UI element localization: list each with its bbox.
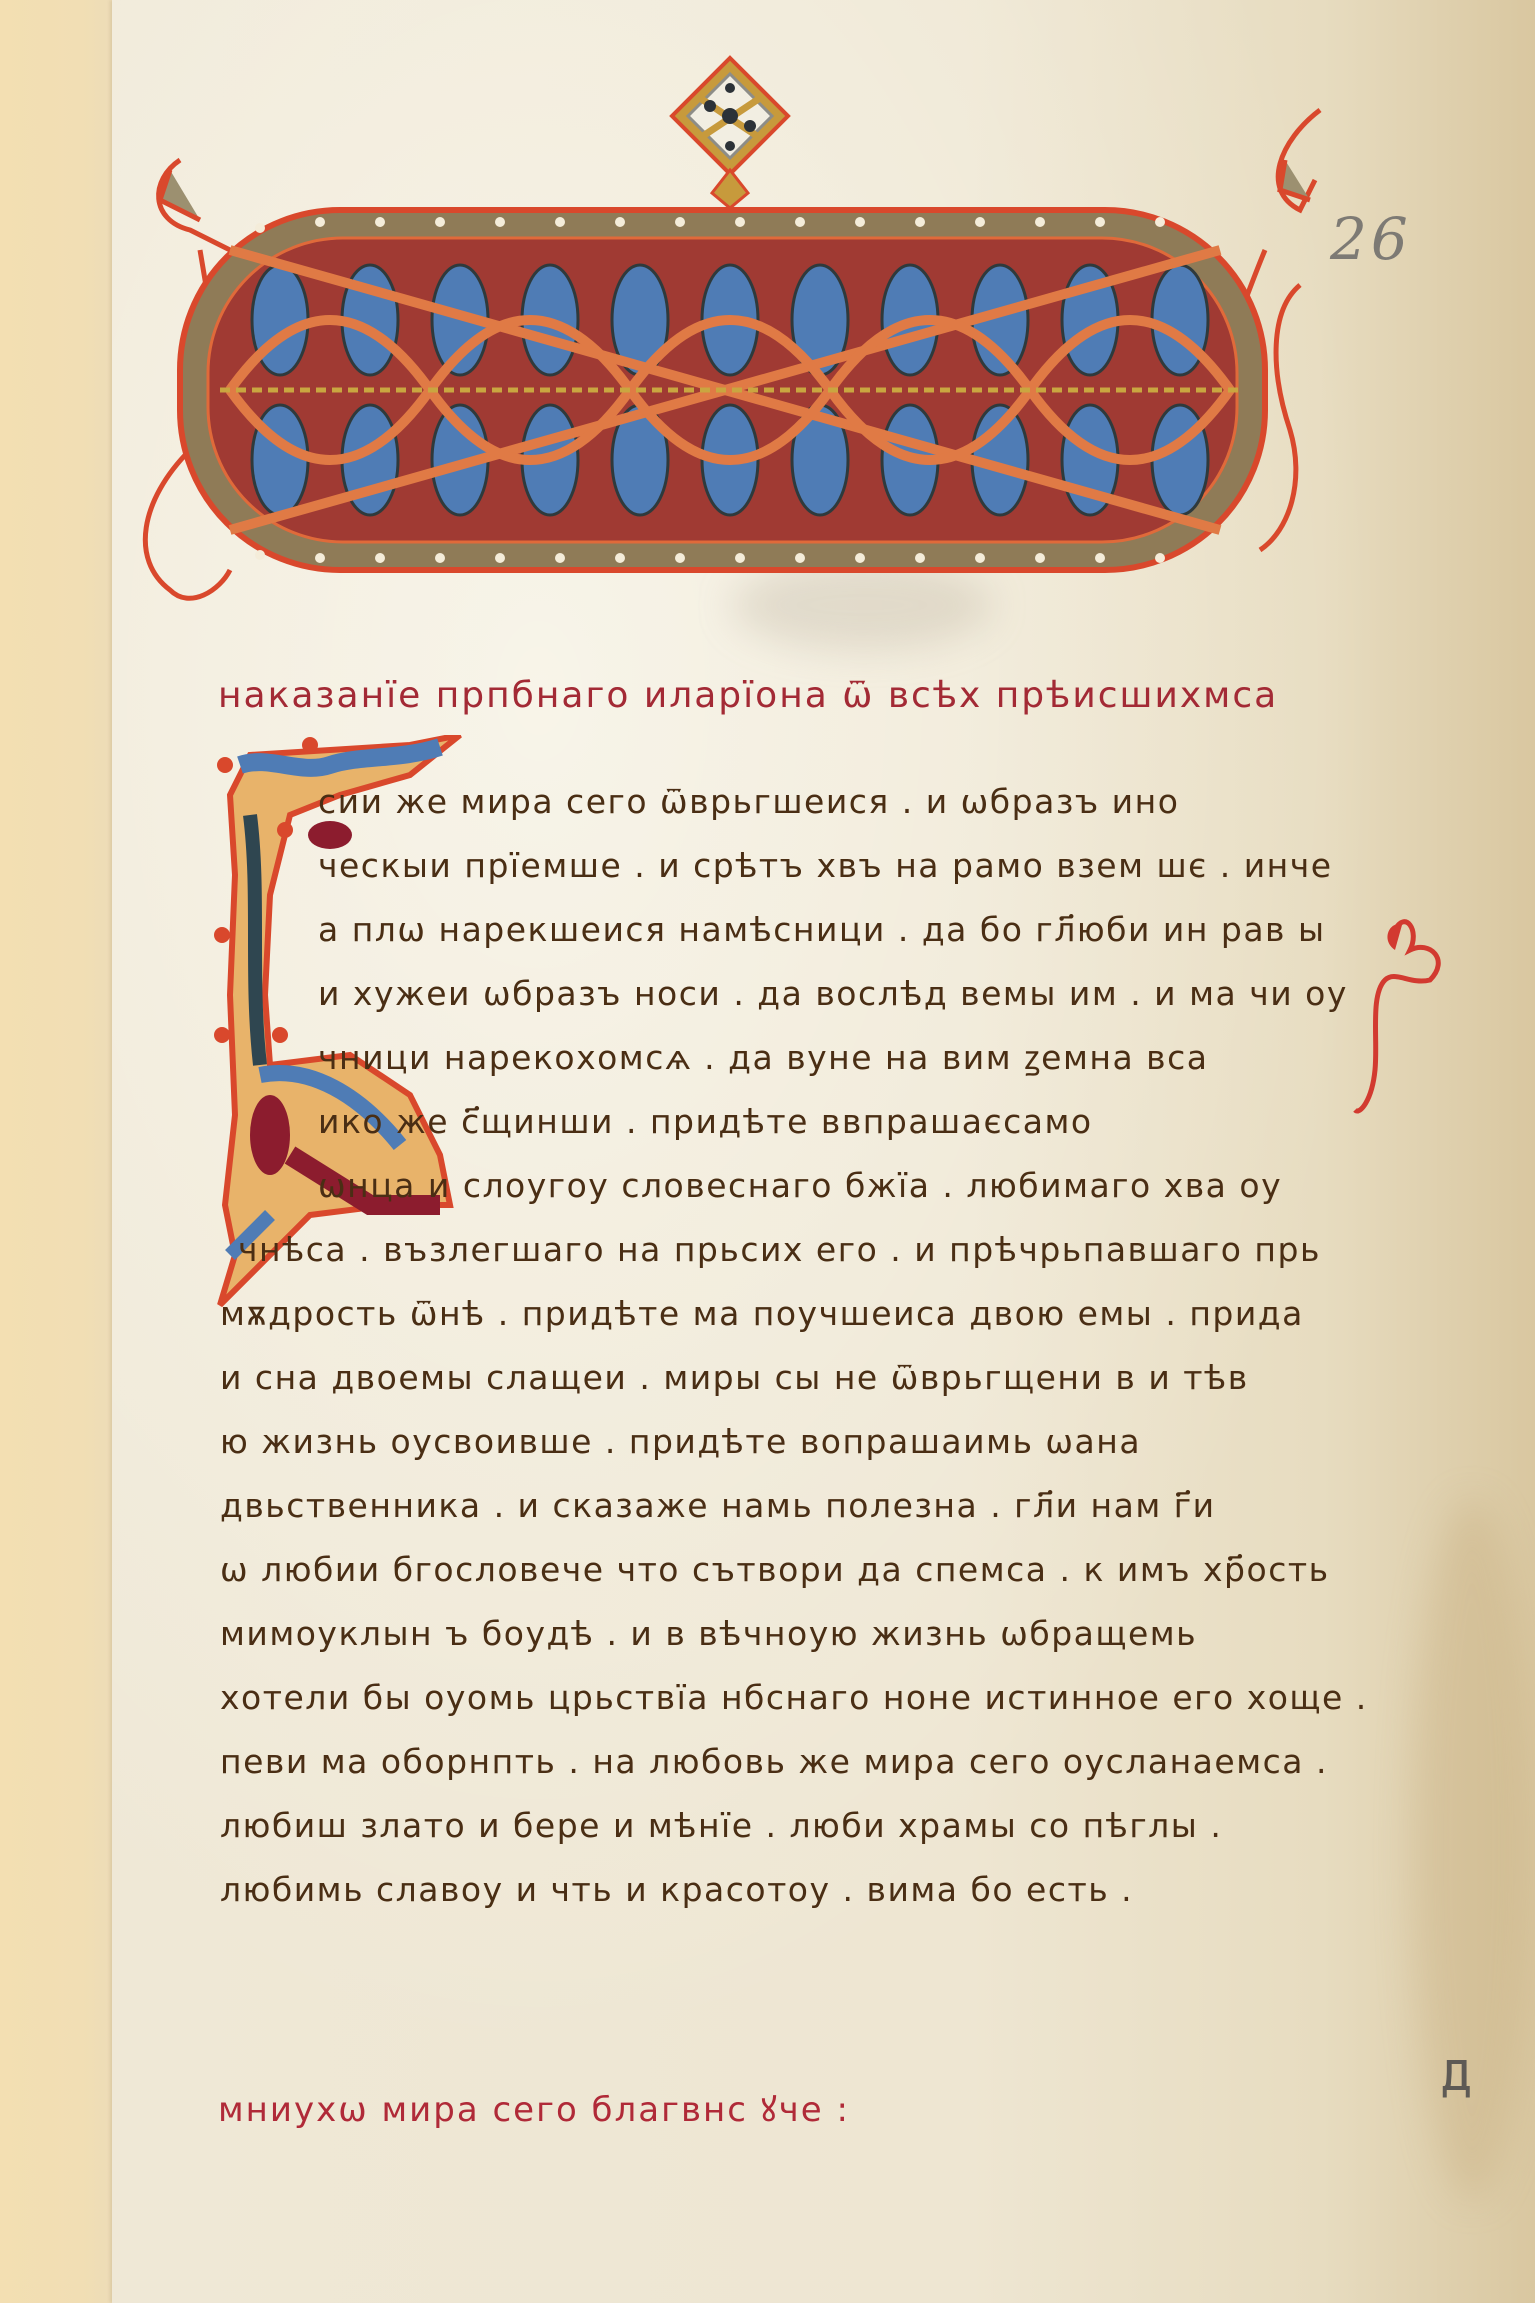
- closing-rubric: мниухѡ мира сего благвнс ꙋче :: [218, 2085, 850, 2131]
- interlace-headpiece: [130, 50, 1380, 650]
- text-line: ѡнца и слоугоу словеснаго бжїа . любимаг…: [318, 1154, 1358, 1218]
- rubric-title: наказанїе прпбнаго иларїона ѿ всѣх прѣис…: [218, 675, 1338, 716]
- text-line: чнѣса . възлегшаго на прьсих его . и прѣ…: [238, 1218, 1358, 1282]
- text-line: сии же мира сего ѿврьгшеися . и ѡбразъ и…: [318, 770, 1358, 834]
- text-line: ико же с҃щинши . придѣте ввпрашаєсамо: [318, 1090, 1358, 1154]
- text-line: любиш злато и бере и мѣнїе . люби храмы …: [220, 1794, 1358, 1858]
- text-line: певи ма оборнпть . на любовь же мира сег…: [220, 1730, 1358, 1794]
- text-line: а плѡ нарекшеися намѣсници . да бо гл҃юб…: [318, 898, 1358, 962]
- text-line: хотели бы оуомь црьствїа нбснаго ноне ис…: [220, 1666, 1358, 1730]
- text-line: и сна двоемы слащеи . миры сы не ѿврьгще…: [220, 1346, 1358, 1410]
- text-line: мимоуклын ъ боудѣ . и в вѣчноую жизнь ѡб…: [220, 1602, 1358, 1666]
- quire-mark: д: [1440, 2040, 1473, 2103]
- manuscript-text-block: сии же мира сего ѿврьгшеися . и ѡбразъ и…: [318, 770, 1358, 1922]
- text-line: мѫдрость ѿнѣ . придѣте ма поучшеиса двою…: [220, 1282, 1358, 1346]
- folio-number: 26: [1330, 205, 1412, 273]
- binding-gutter-strip: [0, 0, 118, 2303]
- interlace-knot-icon: [672, 58, 788, 208]
- text-line: ю жизнь оусвоивше . придѣте вопрашаимь ѡ…: [220, 1410, 1358, 1474]
- text-line: чници нарекохомсѧ . да вуне на вим ꙁемна…: [318, 1026, 1358, 1090]
- text-line: двьственника . и сказаже намь полезна . …: [220, 1474, 1358, 1538]
- text-line: ѡ любии бгословече что сътвори да спемса…: [220, 1538, 1358, 1602]
- text-line: ческыи прїемше . и срѣтъ хвъ на рамо взе…: [318, 834, 1358, 898]
- text-line: и хужеи ѡбразъ носи . да вослѣд вемы им …: [318, 962, 1358, 1026]
- text-line: любимь славоу и чть и красотоу . вима бо…: [220, 1858, 1358, 1922]
- red-margin-flourish-icon: [1350, 900, 1450, 1130]
